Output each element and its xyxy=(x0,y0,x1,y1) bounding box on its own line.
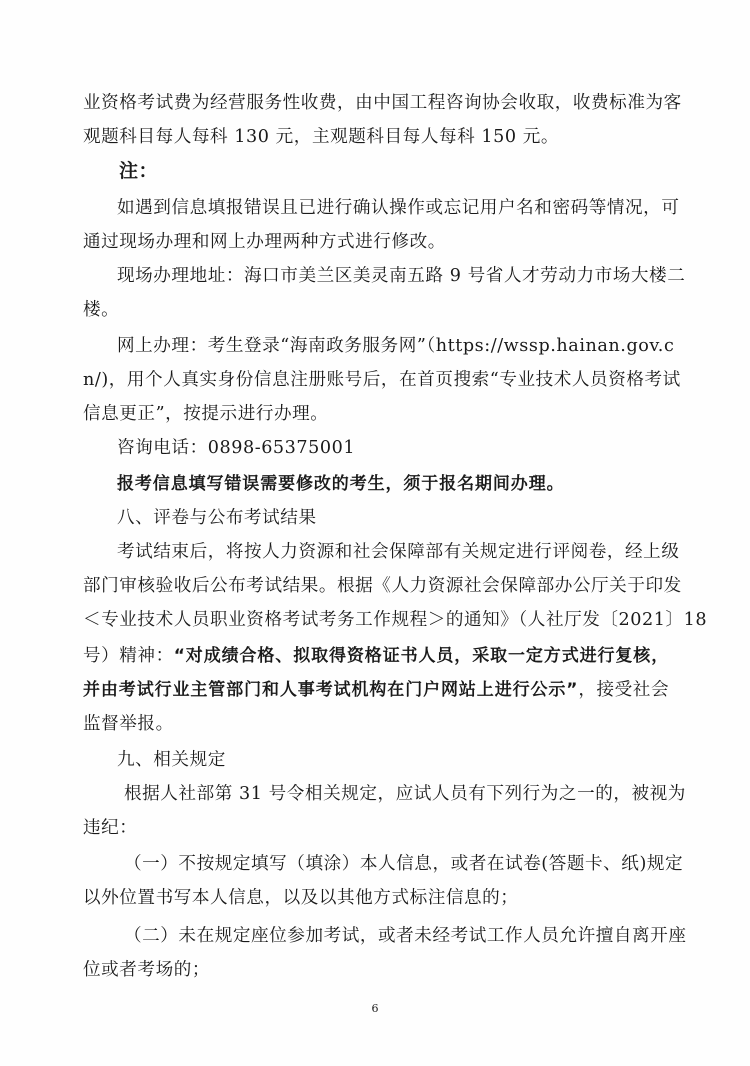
section-heading-9: 九、相关规定 xyxy=(117,743,707,777)
paragraph-line: 考试结束后，将按人力资源和社会保障部有关规定进行评阅卷，经上级 xyxy=(117,535,707,569)
paragraph-line: 以外位置书写本人信息，以及以其他方式标注信息的； xyxy=(83,881,673,915)
bold-quote: 并由考试行业主管部门和人事考试机构在门户网站上进行公示” xyxy=(83,680,578,700)
paragraph-line: n/)，用个人真实身份信息注册账号后，在首页搜索“专业技术人员资格考试 xyxy=(83,363,673,397)
section-heading-8: 八、评卷与公布考试结果 xyxy=(117,501,707,535)
note-heading: 注： xyxy=(119,154,709,188)
paragraph-line: 违纪： xyxy=(83,811,673,845)
paragraph-line: 如遇到信息填报错误且已进行确认操作或忘记用户名和密码等情况，可 xyxy=(117,191,707,225)
list-item-1: （一）不按规定填写（填涂）本人信息，或者在试卷(答题卡、纸)规定 xyxy=(124,847,714,881)
paragraph-line: ＜专业技术人员职业资格考试考务工作规程＞的通知》（人社厅发〔2021〕18 xyxy=(83,603,673,637)
paragraph-line: 根据人社部第 31 号令相关规定，应试人员有下列行为之一的，被视为 xyxy=(124,777,714,811)
online-handling-line: 网上办理：考生登录“海南政务服务网”（https://wssp.hainan.g… xyxy=(117,329,707,363)
list-item-2: （二）未在规定座位参加考试，或者未经考试工作人员允许擅自离开座 xyxy=(124,919,714,953)
paragraph-line: 位或者考场的； xyxy=(83,953,673,987)
paragraph-line: 部门审核验收后公布考试结果。根据《人力资源社会保障部办公厅关于印发 xyxy=(83,569,673,603)
paragraph-line: 监督举报。 xyxy=(83,707,673,741)
plain-text: 号）精神： xyxy=(83,646,174,666)
bold-notice: 报考信息填写错误需要修改的考生，须于报名期间办理。 xyxy=(117,467,707,501)
paragraph-line-mixed: 并由考试行业主管部门和人事考试机构在门户网站上进行公示”，接受社会 xyxy=(83,673,673,707)
paragraph-line-mixed: 号）精神：“对成绩合格、拟取得资格证书人员，采取一定方式进行复核， xyxy=(83,639,673,673)
contact-phone: 咨询电话：0898-65375001 xyxy=(117,431,707,465)
plain-text: ，接受社会 xyxy=(578,680,669,700)
paragraph-line: 业资格考试费为经营服务性收费，由中国工程咨询协会收取，收费标准为客 xyxy=(83,86,673,120)
document-page: 业资格考试费为经营服务性收费，由中国工程咨询协会收取，收费标准为客 观题科目每人… xyxy=(0,0,750,1066)
address-line: 现场办理地址：海口市美兰区美灵南五路 9 号省人才劳动力市场大楼二 xyxy=(117,259,707,293)
page-number: 6 xyxy=(0,1002,750,1015)
paragraph-line: 通过现场办理和网上办理两种方式进行修改。 xyxy=(83,225,673,259)
paragraph-line: 楼。 xyxy=(83,293,673,327)
paragraph-line: 观题科目每人每科 130 元，主观题科目每人每科 150 元。 xyxy=(83,120,673,154)
bold-quote: “对成绩合格、拟取得资格证书人员，采取一定方式进行复核， xyxy=(174,646,669,666)
paragraph-line: 信息更正”，按提示进行办理。 xyxy=(83,397,673,431)
